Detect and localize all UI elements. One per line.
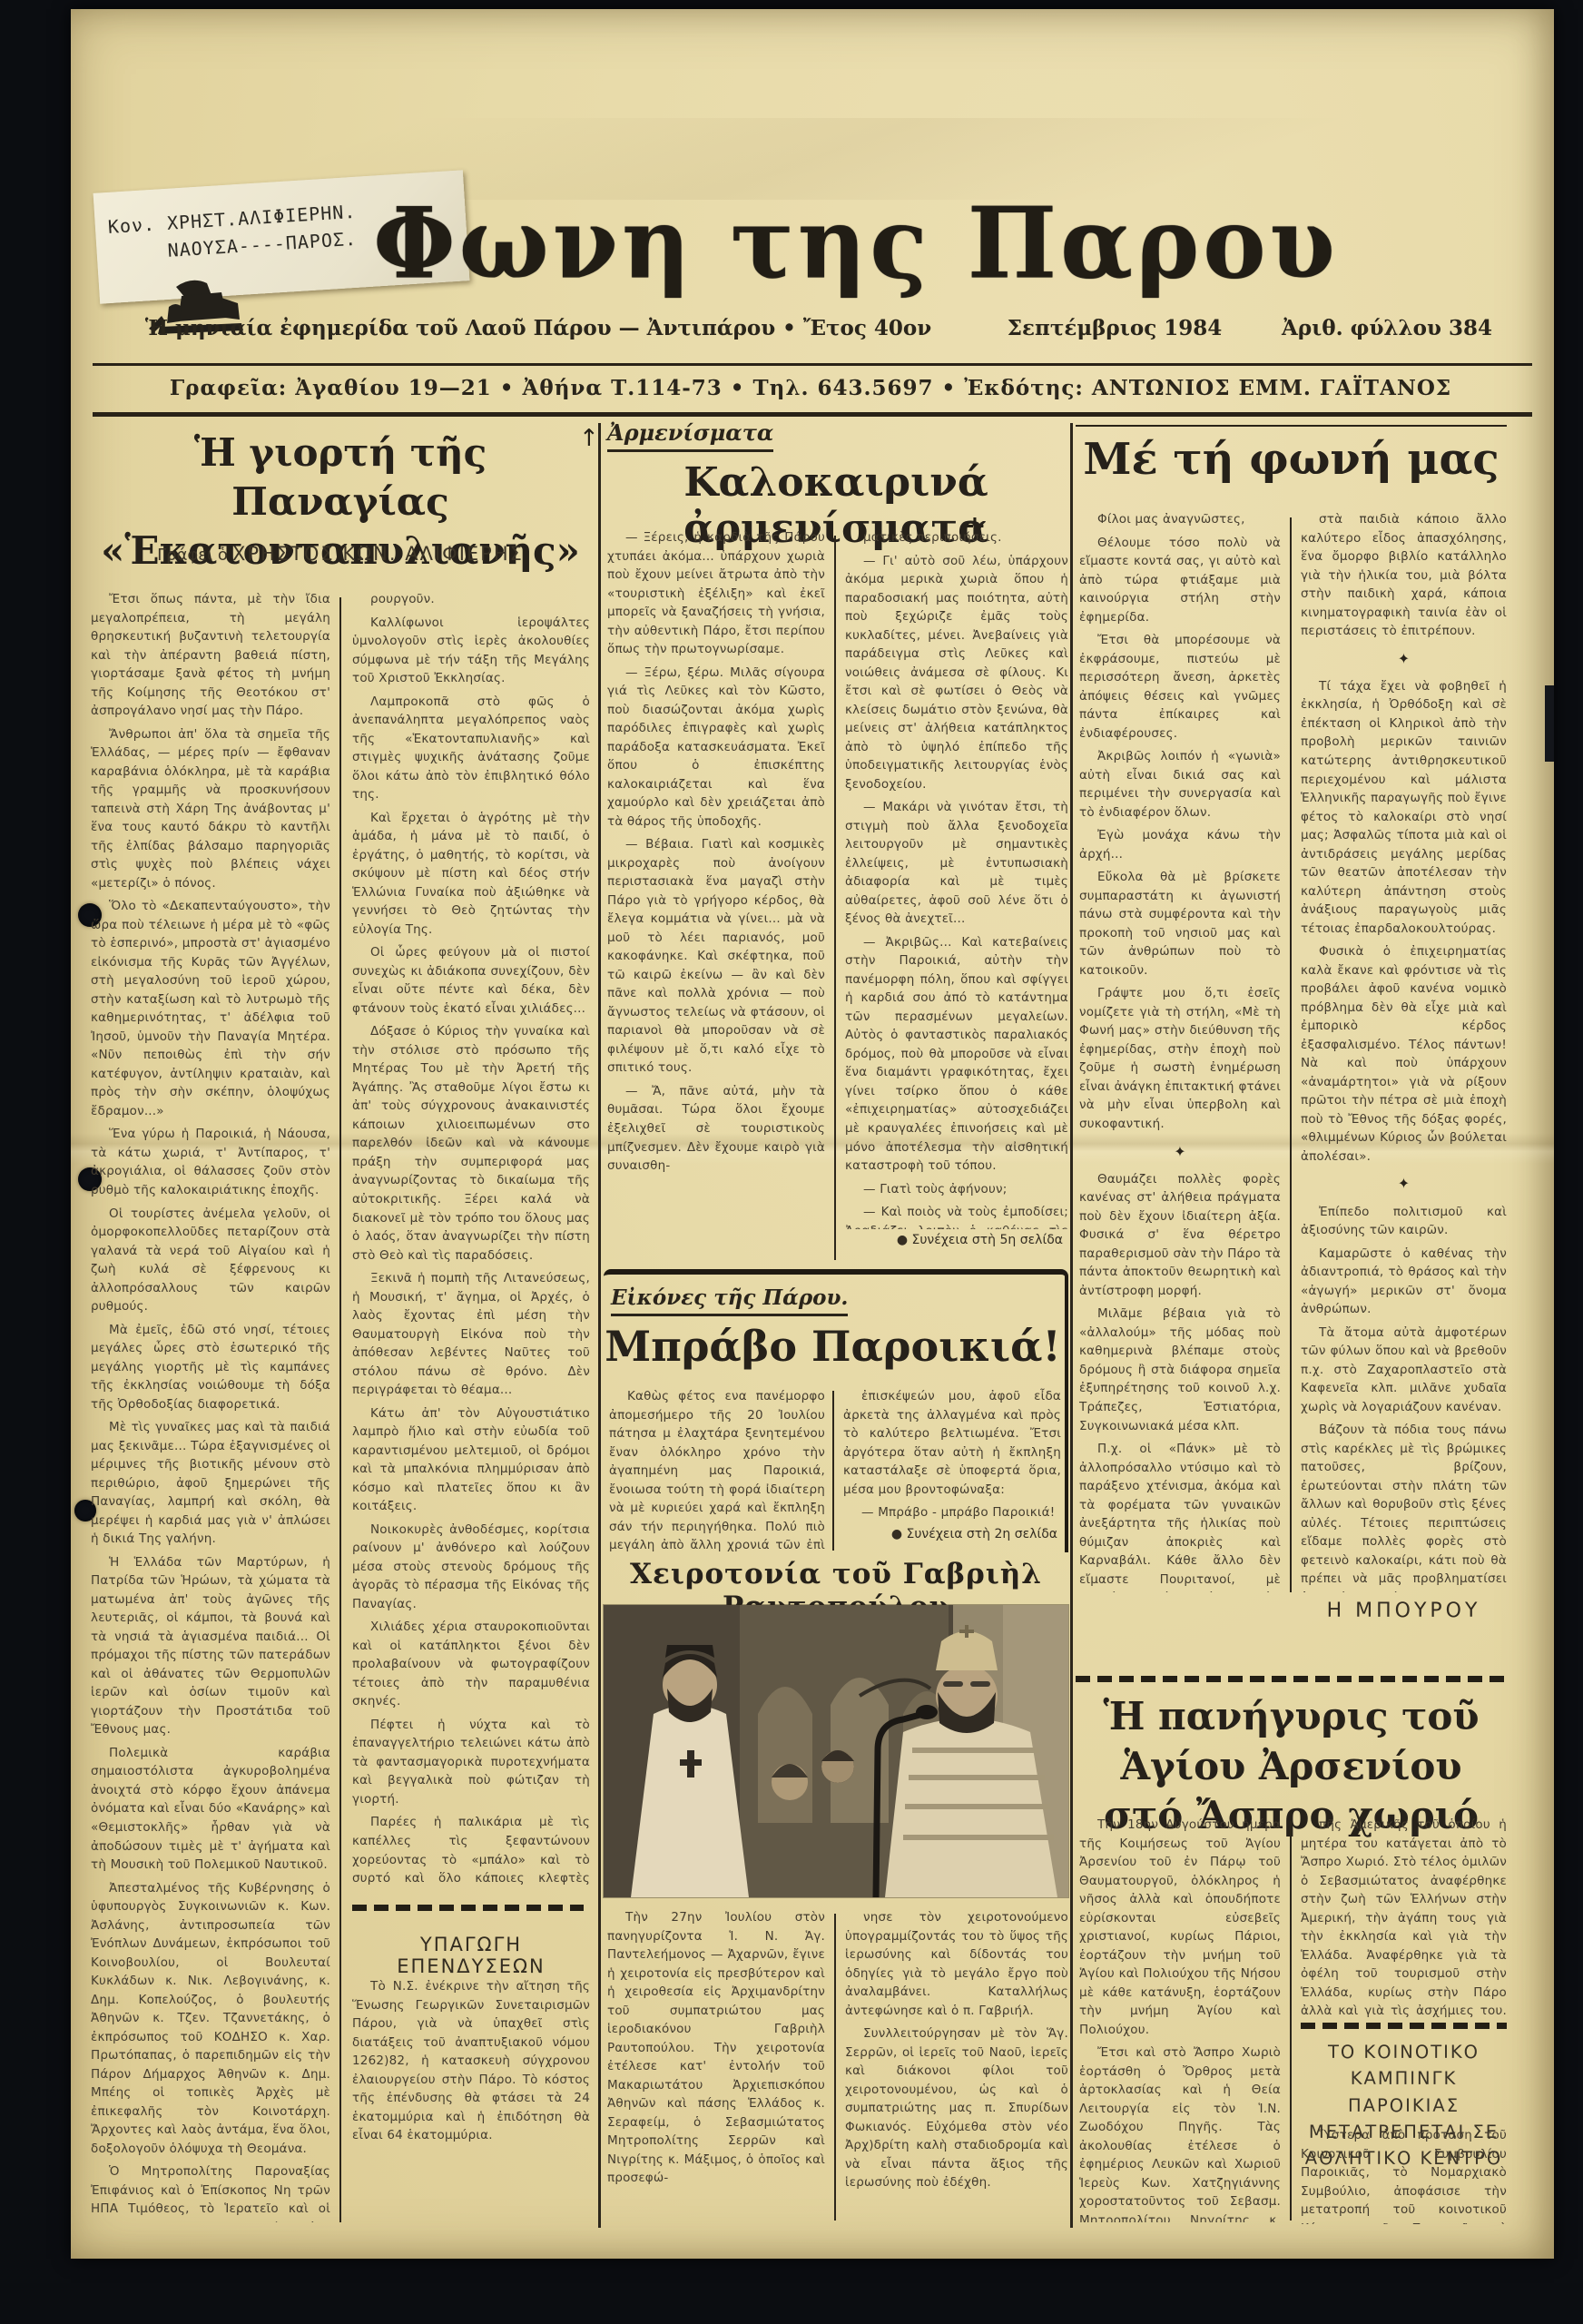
paragraph: Καμαρῶστε ὁ καθένας τὴν ἀδιαντροπιά, τὸ … bbox=[1301, 1245, 1507, 1319]
paragraph: Ἡ Ἑλλάδα τῶν Μαρτύρων, ἡ Πατρίδα τῶν Ἡρώ… bbox=[91, 1553, 330, 1739]
paragraph: Ὕστερα ἀπὸ πρόταση τοῦ Κοινοτικοῦ Συμβου… bbox=[1301, 2126, 1507, 2224]
column-rule bbox=[598, 423, 601, 2228]
paragraph: Ἐγὼ μονάχα κάνω τὴν ἀρχή... bbox=[1079, 826, 1281, 863]
paragraph: Ὅλο τὸ «Δεκαπενταύγουστο», τὴν ὥρα ποὺ τ… bbox=[91, 897, 330, 1120]
paragraph: — Ἄ, πᾶνε αὐτά, μὴν τὰ θυμᾶσαι. Τώρα ὅλο… bbox=[607, 1082, 825, 1176]
paragraph: ✦ bbox=[1301, 1173, 1507, 1195]
newspaper-front-page: Κον. ΧΡΗΣΤ.ΑΛΙΦΙΕΡΗΝ. ΝΑΟΥΣΑ----ΠΑΡΟΣ. Φ… bbox=[71, 9, 1554, 2259]
column-rule bbox=[339, 597, 341, 2222]
paragraph: ἐπισκέψεών μου, ἀφοῦ εἶδα ἀρκετὰ της ἀλλ… bbox=[843, 1387, 1061, 1499]
ordination-photo bbox=[604, 1605, 1068, 1897]
article-body-column: πῆς Ἀμερικῆς τοῦ ὁποίου ἡ μητέρα του κατ… bbox=[1301, 1816, 1507, 2017]
paragraph: Ἔτσι καὶ στὸ Ἄσπρο Χωριὸ ἑορτάσθη ὁ Ὄρθρ… bbox=[1079, 2043, 1281, 2222]
paragraph: — Μπράβο - μπράβο Παροικιά! bbox=[843, 1503, 1061, 1522]
paragraph: — Καὶ ποιὸς νὰ τοὺς ἐμποδίσει; Ἀραδιάζει… bbox=[845, 1203, 1068, 1229]
brief-body: Τὸ Ν.Σ. ἐνέκρινε τὴν αἴτηση τῆς Ἕνωσης Γ… bbox=[352, 1977, 590, 2221]
article-body-column: Καθὼς φέτος ενα πανέμορφο ἀπομεσήμερο τῆ… bbox=[609, 1387, 825, 1552]
paragraph: Γράψτε μου ὅ,τι ἐσεῖς νομίζετε γιὰ τὴ στ… bbox=[1079, 984, 1281, 1133]
paragraph: Νοικοκυρὲς ἀνθοδέσμες, κορίτσια ραίνουν … bbox=[352, 1521, 590, 1614]
column-signature: Η ΜΠΟΥΡΟΥ bbox=[1301, 1600, 1507, 1622]
paragraph: στὰ παιδιὰ κάποιο ἄλλο καλύτερο εἶδος ἀπ… bbox=[1301, 510, 1507, 641]
paragraph: Παρέες ἡ παλικάρια μὲ τὶς καπέλλες τὶς ξ… bbox=[352, 1813, 590, 1886]
article-body-column: ρουργοῦν.Καλλίφωνοι ἱεροψάλτες ὑμνολογοῦ… bbox=[352, 590, 590, 1886]
kicker-eikones: Εἰκόνες τῆς Πάρου. bbox=[611, 1285, 848, 1316]
paragraph: Οἱ ὧρες φεύγουν μὰ οἱ πιστοί συνεχὼς κι … bbox=[352, 943, 590, 1018]
dashed-rule bbox=[1301, 2023, 1507, 2029]
boxed-section-bravo: Εἰκόνες τῆς Πάρου. Μπράβο Παροικιά! Καθὼ… bbox=[604, 1269, 1068, 1552]
paragraph: Τί τάχα ἔχει νὰ φοβηθεῖ ἡ ἐκκλησία, ἡ Ὀρ… bbox=[1301, 677, 1507, 938]
paragraph: Μὲ τὶς γυναῖκες μας καὶ τὰ παιδιά μας ξε… bbox=[91, 1418, 330, 1549]
section-rule bbox=[1076, 425, 1507, 427]
ink-smudge bbox=[1545, 685, 1554, 762]
paragraph: Βάζουν τὰ πόδια τους πάνω στὶς καρέκλες … bbox=[1301, 1421, 1507, 1592]
paragraph: Ξεκινᾶ ἡ πομπὴ τῆς Λιτανεύσεως, ἡ Μουσικ… bbox=[352, 1269, 590, 1400]
paragraph: Καθὼς φέτος ενα πανέμορφο ἀπομεσήμερο τῆ… bbox=[609, 1387, 825, 1552]
byline-panagia: Γράφει ὁ ΧΡΗΣΤΟΣ ΚΩΝ. ΑΛΙΦΙΕΡΗΣ bbox=[91, 543, 590, 565]
continuation-note: ● Συνέχεια στὴ 2η σελίδα bbox=[843, 1527, 1057, 1541]
column-rule bbox=[1290, 517, 1292, 1592]
brief-title-investments: ΥΠΑΓΩΓΗ ΕΠΕΝΔΥΣΕΩΝ bbox=[352, 1934, 590, 1977]
masthead-office-line: Γραφεῖα: Ἀγαθίου 19—21 • Ἀθήνα Τ.114-73 … bbox=[98, 376, 1523, 400]
article-body-column: ἐπισκέψεών μου, ἀφοῦ εἶδα ἀρκετὰ της ἀλλ… bbox=[843, 1387, 1061, 1527]
column-rule bbox=[1290, 1821, 1292, 2221]
article-body-column: στὰ παιδιὰ κάποιο ἄλλο καλύτερο εἶδος ἀπ… bbox=[1301, 510, 1507, 1592]
paragraph: ✦ bbox=[1301, 648, 1507, 670]
paragraph: — Ἀκριβῶς... Καὶ κατεβαίνεις στὴν Παροικ… bbox=[845, 933, 1068, 1176]
column-rule bbox=[834, 1914, 836, 2221]
paragraph: Τὸ Ν.Σ. ἐνέκρινε τὴν αἴτηση τῆς Ἕνωσης Γ… bbox=[352, 1977, 590, 2145]
issue-number: Ἀριθ. φύλλου 384 bbox=[1251, 316, 1523, 340]
paragraph: Ἔτσι ὅπως πάντα, μὲ τὴν ἴδια μεγαλοπρέπε… bbox=[91, 590, 330, 721]
article-body-column: Φίλοι μας ἀναγνῶστες,Θέλουμε τόσο πολὺ ν… bbox=[1079, 510, 1281, 1592]
paragraph: — Ξέρω, ξέρω. Μιλᾶς σίγουρα γιά τὶς Λεῦκ… bbox=[607, 664, 825, 832]
paragraph: Ἄνθρωποι ἀπ' ὅλα τὰ σημεῖα τῆς Ἑλλάδας, … bbox=[91, 725, 330, 893]
byline-prefix: Γράφει ὁ bbox=[157, 546, 228, 565]
paragraph: Ἀπεσταλμένος τῆς Κυβέρνησης ὁ ὑφυπουργὸς… bbox=[91, 1879, 330, 2159]
dashed-rule bbox=[352, 1905, 584, 1911]
dashed-rule bbox=[1076, 1676, 1507, 1682]
column-rule bbox=[1070, 423, 1073, 2228]
paragraph: Εὔκολα θὰ μὲ βρίσκετε συμπαραστάτη κι ἀγ… bbox=[1079, 868, 1281, 980]
ordination-photo-image bbox=[604, 1605, 1068, 1897]
issue-date: Σεπτέμβριος 1984 bbox=[978, 316, 1251, 340]
article-body-column: Ἔτσι ὅπως πάντα, μὲ τὴν ἴδια μεγαλοπρέπε… bbox=[91, 590, 330, 2222]
paragraph: — Γιατὶ τοὺς ἀφήνουν; bbox=[845, 1180, 1068, 1199]
paragraph: Φυσικὰ ὁ ἐπιχειρηματίας καλὰ ἔκανε καὶ φ… bbox=[1301, 942, 1507, 1166]
paragraph: Κάτω ἀπ' τὸν Αὐγουστιάτικο λαμπρὸ ἥλιο κ… bbox=[352, 1404, 590, 1516]
paragraph: Ἐπίπεδο πολιτισμοῦ καὶ ἀξιοσύνης τῶν και… bbox=[1301, 1203, 1507, 1240]
paragraph: νησε τὸν χειροτονούμενο ὑπογραμμίζοντάς … bbox=[845, 1908, 1068, 2020]
article-body-column: Τὴν 18ην Αὐγούστου ἡμέρα τῆς Κοιμήσεως τ… bbox=[1079, 1816, 1281, 2222]
paragraph: Χιλιάδες χέρια σταυροκοπιοῦνται καὶ οἱ κ… bbox=[352, 1618, 590, 1711]
paragraph: Τὴν 27ην Ἰουλίου στὸν πανηγυρίζοντα Ἱ. Ν… bbox=[607, 1908, 825, 2188]
paragraph: Δόξασε ὁ Κύριος τὴν γυναίκα καὶ τὴν στόλ… bbox=[352, 1022, 590, 1265]
masthead-rule-top bbox=[93, 363, 1532, 366]
paragraph: Λαμπροκοπᾶ στὸ φῶς ὁ ἀνεπανάληπτα μεγαλό… bbox=[352, 693, 590, 804]
byline-author: ΧΡΗΣΤΟΣ ΚΩΝ. ΑΛΙΦΙΕΡΗΣ bbox=[232, 543, 524, 565]
masthead-info-line: Ἡ μηνιαία ἐφημερίδα τοῦ Λαοῦ Πάρου — Ἀντ… bbox=[98, 316, 1523, 340]
paragraph: Καλλίφωνοι ἱεροψάλτες ὑμνολογοῦν στὶς ἱε… bbox=[352, 614, 590, 688]
paragraph: ρουργοῦν. bbox=[352, 590, 590, 609]
paragraph: Φίλοι μας ἀναγνῶστες, bbox=[1079, 510, 1281, 529]
paragraph: — Γι' αὐτὸ σοῦ λέω, ὑπάρχουν ἀκόμα μερικ… bbox=[845, 552, 1068, 794]
brief-body: Ὕστερα ἀπὸ πρόταση τοῦ Κοινοτικοῦ Συμβου… bbox=[1301, 2126, 1507, 2224]
paragraph: — Ξέρεις, ἡ καρδιὰ τῆς Πάρου χτυπάει ἀκό… bbox=[607, 528, 825, 659]
article-title-me-ti-foni: Μέ τή φωνή μας bbox=[1076, 434, 1507, 485]
paragraph: Θαυμάζει πολλὲς φορὲς κανένας στ' ἀλήθει… bbox=[1079, 1170, 1281, 1301]
continuation-note: ● Συνέχεια στὴ 5η σελίδα bbox=[845, 1233, 1063, 1247]
paragraph: Ὁ Μητροπολίτης Παροναξίας Ἐπιφάνιος καὶ … bbox=[91, 2162, 330, 2222]
paragraph: Πέφτει ἡ νύχτα καὶ τὸ ἐπαναγγελτήριο τελ… bbox=[352, 1716, 590, 1809]
paragraph: ματικὲς περιποιήσεις. bbox=[845, 528, 1068, 547]
paragraph: Τὴν 18ην Αὐγούστου ἡμέρα τῆς Κοιμήσεως τ… bbox=[1079, 1816, 1281, 2039]
paragraph: Ἕνα γύρω ἡ Παροικιά, ἡ Νάουσα, τὰ κάτω χ… bbox=[91, 1125, 330, 1199]
scan-background: Κον. ΧΡΗΣΤ.ΑΛΙΦΙΕΡΗΝ. ΝΑΟΥΣΑ----ΠΑΡΟΣ. Φ… bbox=[0, 0, 1583, 2324]
article-body-column: ματικὲς περιποιήσεις.— Γι' αὐτὸ σοῦ λέω,… bbox=[845, 528, 1068, 1229]
paragraph: Συνλλειτούργησαν μὲ τὸν Ἅγ. Σερρῶν, οἱ ἱ… bbox=[845, 2024, 1068, 2192]
paragraph: Μὰ ἐμεῖς, ἐδῶ στό νησί, τέτοιες μεγάλες … bbox=[91, 1321, 330, 1414]
column-rule bbox=[832, 1391, 834, 1551]
paragraph: πῆς Ἀμερικῆς τοῦ ὁποίου ἡ μητέρα του κατ… bbox=[1301, 1816, 1507, 2017]
newspaper-title: Φωνη της Παρου bbox=[207, 185, 1505, 301]
paragraph: Τὰ ἄτομα αὐτὰ ἀμφοτέρων τῶν φύλων ὅπου κ… bbox=[1301, 1324, 1507, 1417]
publication-frequency: Ἡ μηνιαία ἐφημερίδα τοῦ Λαοῦ Πάρου — Ἀντ… bbox=[98, 316, 978, 340]
paragraph: — Μακάρι νὰ γινόταν ἔτσι, τὴ στιγμὴ ποὺ … bbox=[845, 798, 1068, 929]
article-body-column: νησε τὸν χειροτονούμενο ὑπογραμμίζοντάς … bbox=[845, 1908, 1068, 2224]
paragraph: Πολεμικὰ καράβια σημαιοστόλιστα ἀγκυροβο… bbox=[91, 1744, 330, 1875]
paragraph: Π.χ. οἱ «Πάνκ» μὲ τὸ ἀλλοπρόσαλλο ντύσιμ… bbox=[1079, 1440, 1281, 1592]
paragraph: Καὶ ἔρχεται ὁ ἁγρότης μὲ τὴν ἁμάδα, ἡ μά… bbox=[352, 809, 590, 940]
kicker-armenismata: Ἀρμενίσματα bbox=[607, 419, 773, 452]
paragraph: — Βέβαια. Γιατὶ καὶ κοσμικὲς μικροχαρὲς … bbox=[607, 835, 825, 1078]
paragraph: Μιλᾶμε βέβαια γιὰ τὸ «ἀλλαλούμ» τῆς μόδα… bbox=[1079, 1305, 1281, 1435]
article-body-column: Τὴν 27ην Ἰουλίου στὸν πανηγυρίζοντα Ἱ. Ν… bbox=[607, 1908, 825, 2224]
paragraph: ✦ bbox=[1079, 1141, 1281, 1163]
masthead-rule-bottom bbox=[93, 412, 1532, 417]
paragraph: Ἔτσι θὰ μπορέσουμε νὰ ἐκφράσουμε, πιστεύ… bbox=[1079, 631, 1281, 743]
paragraph: Ἀκριβῶς λοιπόν ἡ «γωνιὰ» αὐτὴ εἶναι δικι… bbox=[1079, 747, 1281, 822]
column-rule bbox=[834, 536, 836, 1260]
article-title-bravo: Μπράβο Παροικιά! bbox=[604, 1322, 1062, 1371]
article-body-column: — Ξέρεις, ἡ καρδιὰ τῆς Πάρου χτυπάει ἀκό… bbox=[607, 528, 825, 1260]
paragraph: Οἱ τουρίστες ἀνέμελα γελοῦν, οἱ ὀμορφοκο… bbox=[91, 1205, 330, 1316]
paragraph: Θέλουμε τόσο πολὺ νὰ εἴμαστε κοντά σας, … bbox=[1079, 534, 1281, 627]
